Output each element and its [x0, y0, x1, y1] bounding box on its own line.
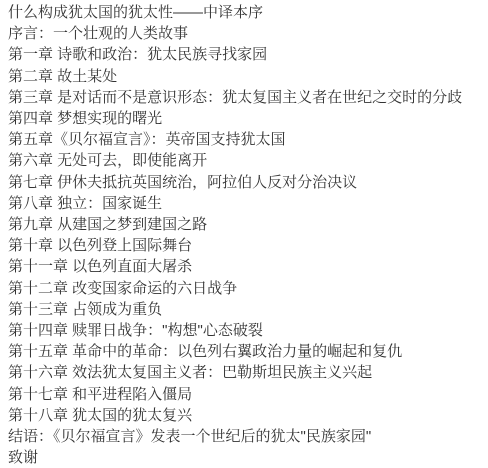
toc-line-chapter-8: 第八章 独立：国家诞生 [8, 193, 482, 214]
table-of-contents: 什么构成犹太国的犹太性——中译本序 序言：一个壮观的人类故事 第一章 诗歌和政治… [0, 0, 488, 468]
toc-line-chapter-14: 第十四章 赎罪日战争："构想"心态破裂 [8, 320, 482, 341]
toc-line-chapter-15: 第十五章 革命中的革命：以色列右翼政治力量的崛起和复仇 [8, 341, 482, 362]
toc-line-acknowledgments: 致谢 [8, 447, 482, 468]
toc-line-preface: 序言：一个壮观的人类故事 [8, 23, 482, 44]
toc-line-chapter-10: 第十章 以色列登上国际舞台 [8, 235, 482, 256]
toc-line-chapter-5: 第五章《贝尔福宣言》：英帝国支持犹太国 [8, 129, 482, 150]
toc-line-chapter-1: 第一章 诗歌和政治：犹太民族寻找家园 [8, 44, 482, 65]
toc-line-chapter-12: 第十二章 改变国家命运的六日战争 [8, 278, 482, 299]
toc-line-epilogue: 结语：《贝尔福宣言》发表一个世纪后的犹太"民族家园" [8, 426, 482, 447]
toc-line-chapter-2: 第二章 故土某处 [8, 66, 482, 87]
toc-line-chapter-16: 第十六章 效法犹太复国主义者：巴勒斯坦民族主义兴起 [8, 362, 482, 383]
toc-line-chapter-13: 第十三章 占领成为重负 [8, 299, 482, 320]
toc-line-translator-preface: 什么构成犹太国的犹太性——中译本序 [8, 2, 482, 23]
toc-line-chapter-18: 第十八章 犹太国的犹太复兴 [8, 405, 482, 426]
toc-line-chapter-7: 第七章 伊休夫抵抗英国统治，阿拉伯人反对分治决议 [8, 172, 482, 193]
toc-line-chapter-3: 第三章 是对话而不是意识形态：犹太复国主义者在世纪之交时的分歧 [8, 87, 482, 108]
toc-line-chapter-4: 第四章 梦想实现的曙光 [8, 108, 482, 129]
toc-line-chapter-6: 第六章 无处可去，即使能离开 [8, 150, 482, 171]
toc-line-chapter-9: 第九章 从建国之梦到建国之路 [8, 214, 482, 235]
toc-line-chapter-11: 第十一章 以色列直面大屠杀 [8, 256, 482, 277]
toc-line-chapter-17: 第十七章 和平进程陷入僵局 [8, 384, 482, 405]
